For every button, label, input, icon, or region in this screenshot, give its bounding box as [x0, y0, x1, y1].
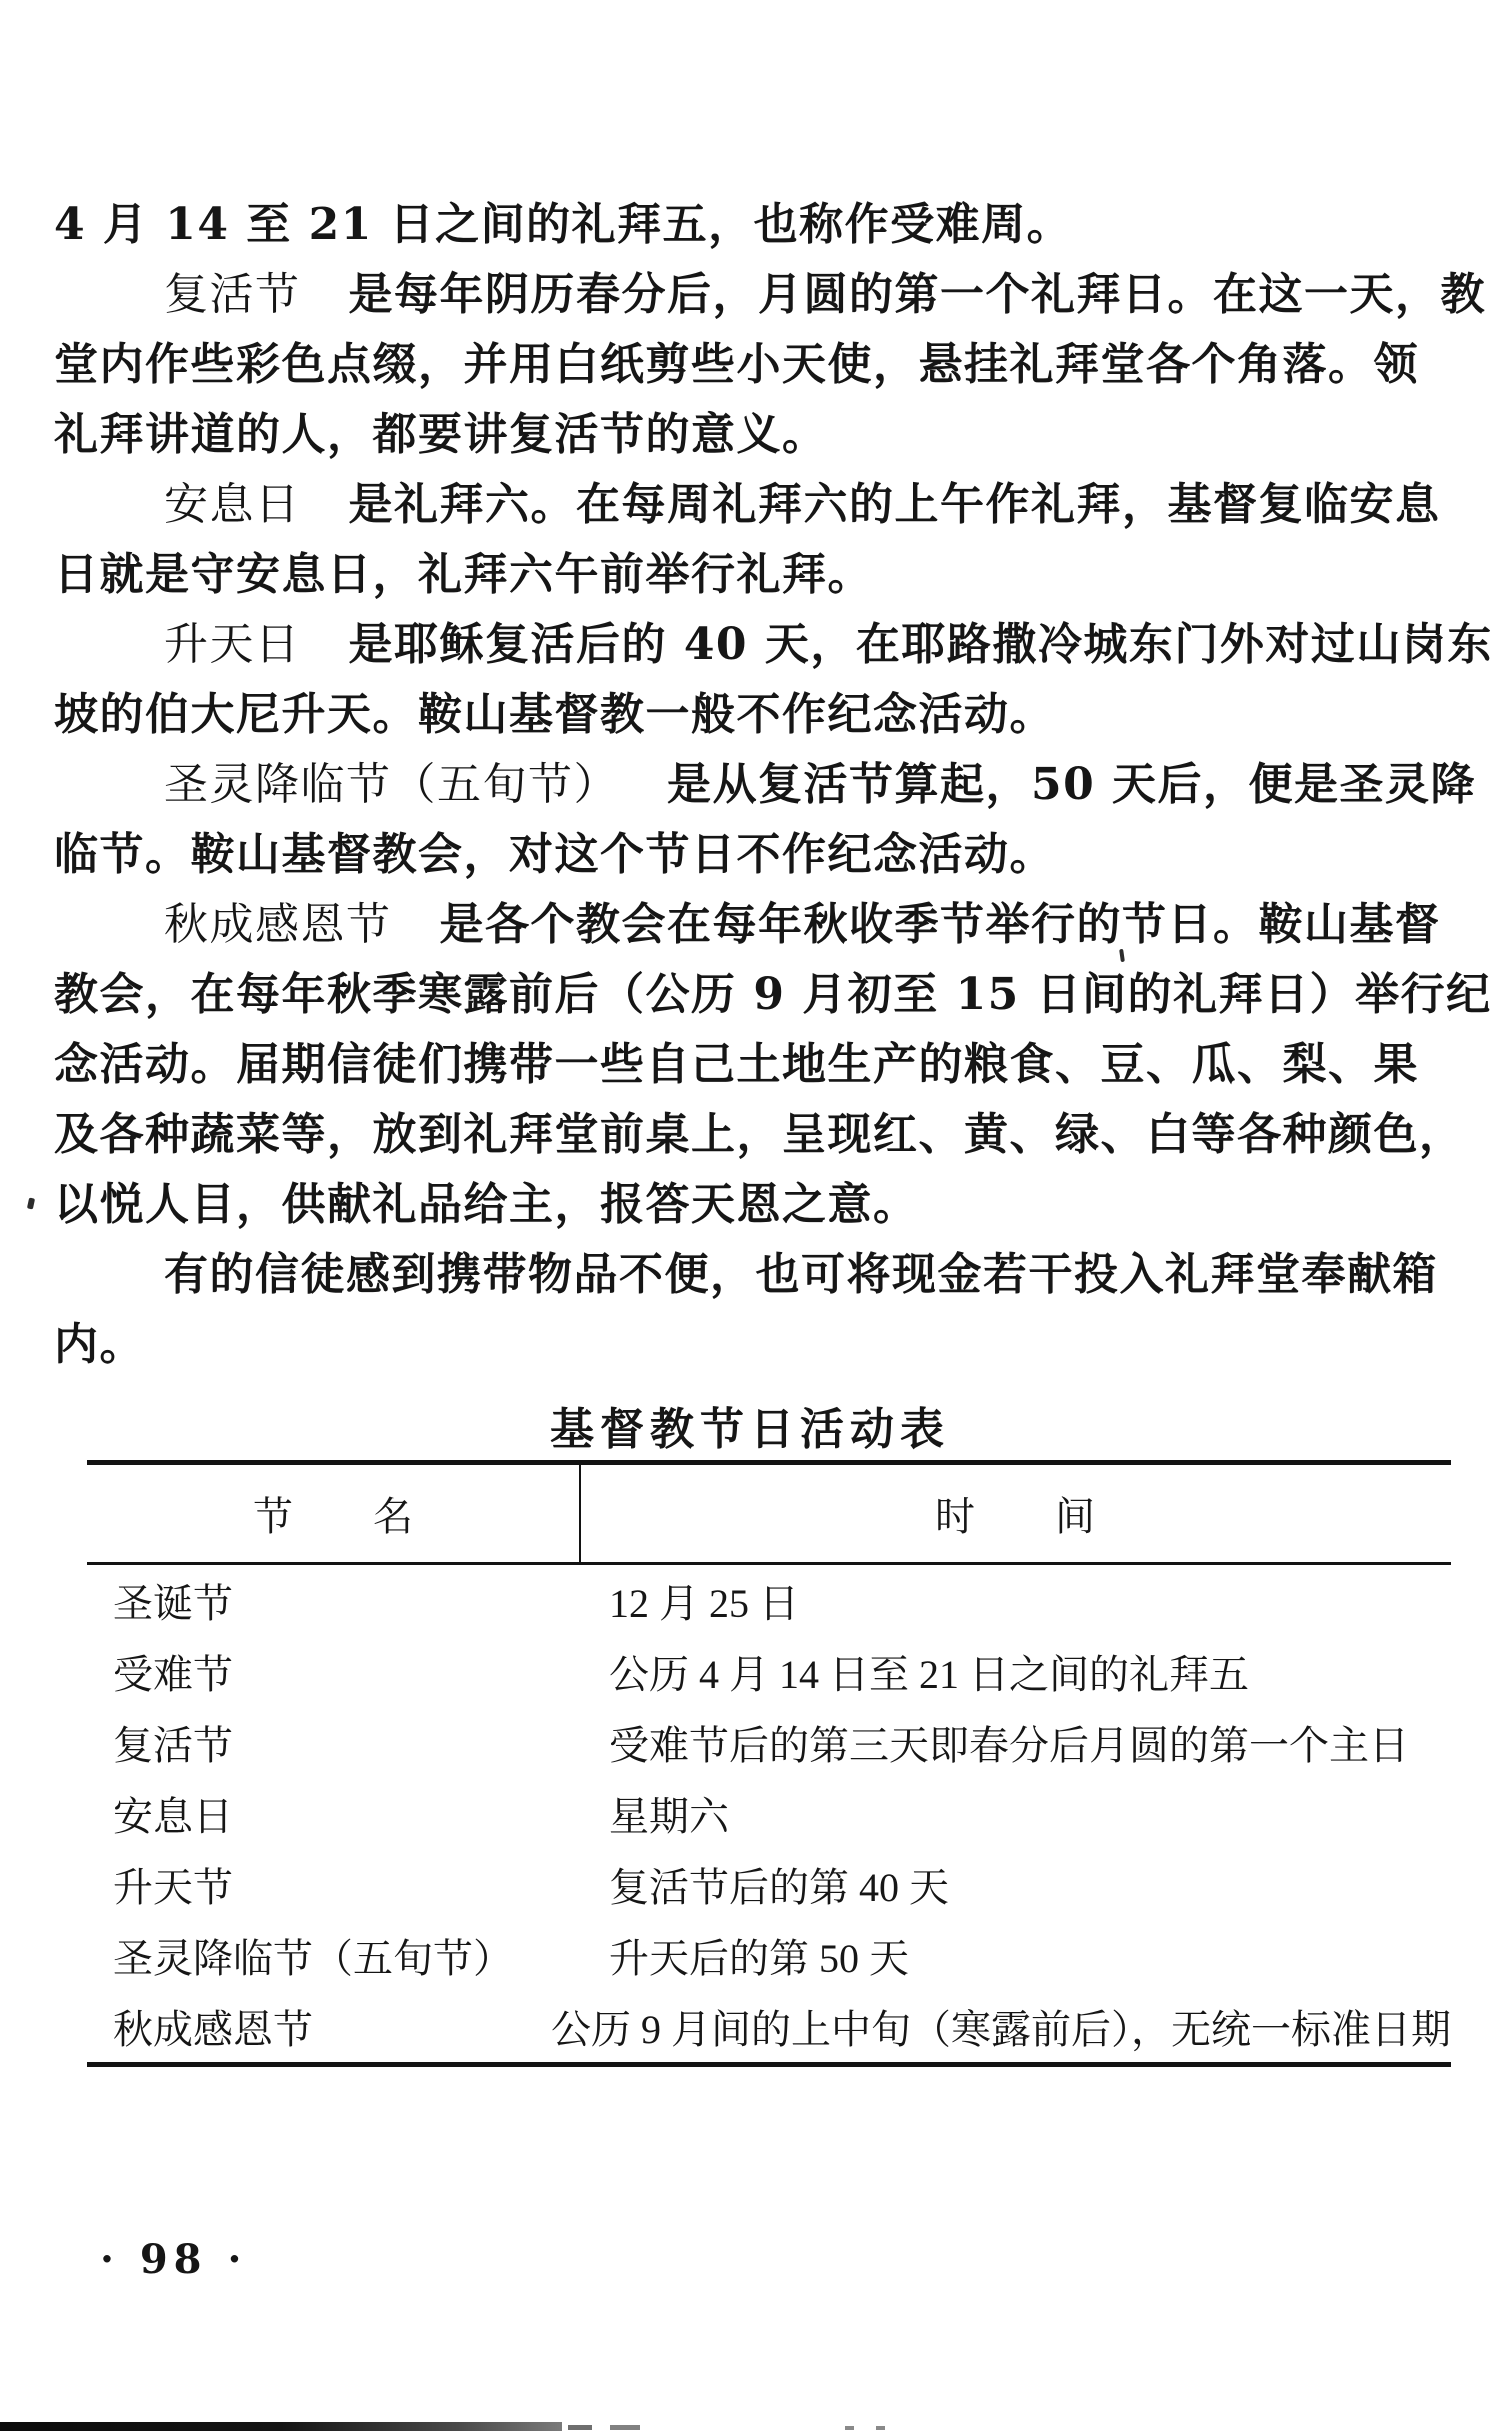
- line-text: 念活动。届期信徒们携带一些自己土地生产的粮食、豆、瓜、梨、果: [54, 1039, 1419, 1090]
- cell-festival-time: 公历 9 月间的上中旬（寒露前后），无统一标准日期: [523, 1998, 1451, 2055]
- body-line: 坡的伯大尼升天。鞍山基督教一般不作纪念活动。: [54, 680, 1456, 750]
- scan-artifact-dash: [876, 2426, 885, 2430]
- line-text: 教会，在每年秋季寒露前后（公历 9 月初至 15 日间的礼拜日）举行纪: [54, 969, 1492, 1020]
- festival-table: 节 名 时 间 圣诞节 12 月 25 日 受难节 公历 4 月 14 日至 2…: [87, 1460, 1451, 2067]
- header-divider: [579, 1465, 581, 1562]
- body-line: 4 月 14 至 21 日之间的礼拜五，也称作受难周。: [54, 190, 1456, 260]
- body-line: 礼拜讲道的人，都要讲复活节的意义。: [54, 400, 1456, 470]
- page-number: · 98 ·: [100, 2238, 247, 2282]
- line-text: 临节。鞍山基督教会，对这个节日不作纪念活动。: [54, 829, 1055, 880]
- cell-festival-name: 圣诞节: [87, 1572, 581, 1629]
- table-row: 安息日 星期六: [87, 1778, 1451, 1849]
- header-cell-name: 节 名: [87, 1465, 579, 1562]
- term-lead: 秋成感恩节: [164, 900, 392, 949]
- table-title: 基督教节日活动表: [0, 1395, 1500, 1465]
- line-text: 礼拜讲道的人，都要讲复活节的意义。: [54, 409, 828, 460]
- cell-festival-time: 12 月 25 日: [581, 1572, 1451, 1629]
- scan-artifact-dash: [568, 2425, 592, 2430]
- line-text: 4 月 14 至 21 日之间的礼拜五，也称作受难周。: [54, 199, 1072, 250]
- body-line: 升天日是耶稣复活后的 40 天，在耶路撒冷城东门外对过山岗东: [54, 610, 1456, 680]
- line-text: 日就是守安息日，礼拜六午前举行礼拜。: [54, 549, 873, 600]
- cell-festival-name: 圣灵降临节（五旬节）: [87, 1927, 581, 1984]
- body-line: 以悦人目，供献礼品给主，报答天恩之意。: [54, 1170, 1456, 1240]
- body-line: 有的信徒感到携带物品不便，也可将现金若干投入礼拜堂奉献箱: [54, 1240, 1456, 1310]
- page: 4 月 14 至 21 日之间的礼拜五，也称作受难周。 复活节是每年阴历春分后，…: [0, 0, 1500, 2436]
- ink-speck: [27, 1197, 35, 1209]
- body-text: 4 月 14 至 21 日之间的礼拜五，也称作受难周。 复活节是每年阴历春分后，…: [54, 190, 1456, 1380]
- cell-festival-name: 受难节: [87, 1643, 581, 1700]
- table-row: 圣诞节 12 月 25 日: [87, 1565, 1451, 1636]
- header-cell-time: 时 间: [579, 1465, 1451, 1562]
- line-text: 堂内作些彩色点缀，并用白纸剪些小天使，悬挂礼拜堂各个角落。领: [54, 339, 1419, 390]
- line-text: 是各个教会在每年秋收季节举行的节日。鞍山基督: [440, 899, 1441, 950]
- body-line: 安息日是礼拜六。在每周礼拜六的上午作礼拜，基督复临安息: [54, 470, 1456, 540]
- table-header: 节 名 时 间: [87, 1460, 1451, 1565]
- line-text: 及各种蔬菜等，放到礼拜堂前桌上，呈现红、黄、绿、白等各种颜色，: [54, 1109, 1465, 1160]
- cell-festival-name: 秋成感恩节: [87, 1998, 523, 2055]
- body-line: 秋成感恩节是各个教会在每年秋收季节举行的节日。鞍山基督: [54, 890, 1456, 960]
- line-text: 是从复活节算起，50 天后，便是圣灵降: [667, 759, 1476, 810]
- line-text: 坡的伯大尼升天。鞍山基督教一般不作纪念活动。: [54, 689, 1055, 740]
- term-lead: 安息日: [164, 480, 301, 529]
- scan-artifact-dash: [845, 2426, 854, 2430]
- body-line: 堂内作些彩色点缀，并用白纸剪些小天使，悬挂礼拜堂各个角落。领: [54, 330, 1456, 400]
- body-line: 日就是守安息日，礼拜六午前举行礼拜。: [54, 540, 1456, 610]
- body-line: 教会，在每年秋季寒露前后（公历 9 月初至 15 日间的礼拜日）举行纪: [54, 960, 1456, 1030]
- line-text: 是礼拜六。在每周礼拜六的上午作礼拜，基督复临安息: [349, 479, 1441, 530]
- table-body: 圣诞节 12 月 25 日 受难节 公历 4 月 14 日至 21 日之间的礼拜…: [87, 1565, 1451, 2067]
- line-text: 以悦人目，供献礼品给主，报答天恩之意。: [54, 1179, 919, 1230]
- line-text: 是每年阴历春分后，月圆的第一个礼拜日。在这一天，教: [349, 269, 1487, 320]
- table-row: 秋成感恩节 公历 9 月间的上中旬（寒露前后），无统一标准日期: [87, 1991, 1451, 2062]
- cell-festival-name: 安息日: [87, 1785, 581, 1842]
- line-text: 是耶稣复活后的 40 天，在耶路撒冷城东门外对过山岗东: [349, 619, 1493, 670]
- term-lead: 升天日: [164, 620, 301, 669]
- line-text: 有的信徒感到携带物品不便，也可将现金若干投入礼拜堂奉献箱: [164, 1249, 1438, 1300]
- table-row: 升天节 复活节后的第 40 天: [87, 1849, 1451, 1920]
- table-row: 受难节 公历 4 月 14 日至 21 日之间的礼拜五: [87, 1636, 1451, 1707]
- term-lead: 复活节: [164, 270, 301, 319]
- cell-festival-name: 复活节: [87, 1714, 581, 1771]
- cell-festival-name: 升天节: [87, 1856, 581, 1913]
- table-row: 圣灵降临节（五旬节） 升天后的第 50 天: [87, 1920, 1451, 1991]
- line-text: 内。: [54, 1319, 145, 1370]
- body-line: 念活动。届期信徒们携带一些自己土地生产的粮食、豆、瓜、梨、果: [54, 1030, 1456, 1100]
- cell-festival-time: 公历 4 月 14 日至 21 日之间的礼拜五: [581, 1643, 1451, 1700]
- scan-artifact-dash: [610, 2425, 640, 2430]
- body-line: 临节。鞍山基督教会，对这个节日不作纪念活动。: [54, 820, 1456, 890]
- body-line: 复活节是每年阴历春分后，月圆的第一个礼拜日。在这一天，教: [54, 260, 1456, 330]
- body-line: 圣灵降临节（五旬节）是从复活节算起，50 天后，便是圣灵降: [54, 750, 1456, 820]
- table-row: 复活节 受难节后的第三天即春分后月圆的第一个主日: [87, 1707, 1451, 1778]
- cell-festival-time: 星期六: [581, 1785, 1451, 1842]
- cell-festival-time: 受难节后的第三天即春分后月圆的第一个主日: [581, 1714, 1451, 1771]
- term-lead: 圣灵降临节（五旬节）: [164, 760, 619, 809]
- body-line: 及各种蔬菜等，放到礼拜堂前桌上，呈现红、黄、绿、白等各种颜色，: [54, 1100, 1456, 1170]
- cell-festival-time: 复活节后的第 40 天: [581, 1856, 1451, 1913]
- cell-festival-time: 升天后的第 50 天: [581, 1927, 1451, 1984]
- body-line: 内。: [54, 1310, 1456, 1380]
- scan-artifact-line: [0, 2422, 562, 2431]
